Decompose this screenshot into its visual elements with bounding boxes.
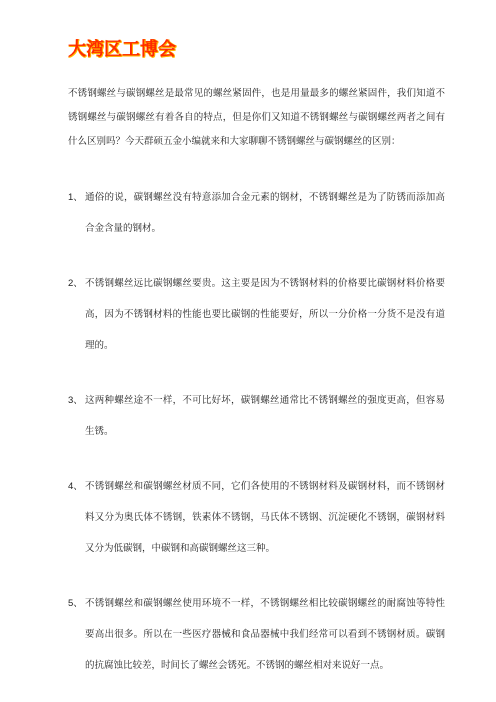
list-item-text: 不锈钢螺丝和碳钢螺丝使用环境不一样，不锈钢螺丝相比较碳钢螺丝的耐腐蚀等特性要高出…	[85, 588, 445, 681]
numbered-list: 1、 通俗的说，碳钢螺丝没有特意添加合金元素的钢材，不锈钢螺丝是为了防锈而添加高…	[68, 182, 445, 681]
list-item: 5、 不锈钢螺丝和碳钢螺丝使用环境不一样，不锈钢螺丝相比较碳钢螺丝的耐腐蚀等特性…	[68, 588, 445, 681]
list-item: 3、 这两种螺丝途不一样，不可比好坏，碳钢螺丝通常比不锈钢螺丝的强度更高，但容易…	[68, 385, 445, 447]
list-item-number: 4、	[68, 471, 85, 502]
list-item-text: 不锈钢螺丝和碳钢螺丝材质不同，它们各使用的不锈钢材料及碳钢材料，而不锈钢材料又分…	[85, 471, 445, 564]
list-item-number: 3、	[68, 385, 85, 416]
list-item-text: 这两种螺丝途不一样，不可比好坏，碳钢螺丝通常比不锈钢螺丝的强度更高，但容易生锈。	[85, 385, 445, 447]
list-item-number: 2、	[68, 268, 85, 299]
list-item: 4、 不锈钢螺丝和碳钢螺丝材质不同，它们各使用的不锈钢材料及碳钢材料，而不锈钢材…	[68, 471, 445, 564]
page-title: 大湾区工博会	[68, 38, 445, 60]
list-item-number: 5、	[68, 588, 85, 619]
intro-paragraph: 不锈钢螺丝与碳钢螺丝是最常见的螺丝紧固件，也是用量最多的螺丝紧固件，我们知道不锈…	[68, 82, 445, 154]
list-item: 1、 通俗的说，碳钢螺丝没有特意添加合金元素的钢材，不锈钢螺丝是为了防锈而添加高…	[68, 182, 445, 244]
list-item: 2、 不锈钢螺丝远比碳钢螺丝要贵。这主要是因为不锈钢材料的价格要比碳钢材料价格要…	[68, 268, 445, 361]
list-item-number: 1、	[68, 182, 85, 213]
list-item-text: 通俗的说，碳钢螺丝没有特意添加合金元素的钢材，不锈钢螺丝是为了防锈而添加高合金含…	[85, 182, 445, 244]
list-item-text: 不锈钢螺丝远比碳钢螺丝要贵。这主要是因为不锈钢材料的价格要比碳钢材料价格要高，因…	[85, 268, 445, 361]
document-page: 大湾区工博会 不锈钢螺丝与碳钢螺丝是最常见的螺丝紧固件，也是用量最多的螺丝紧固件…	[0, 0, 496, 702]
